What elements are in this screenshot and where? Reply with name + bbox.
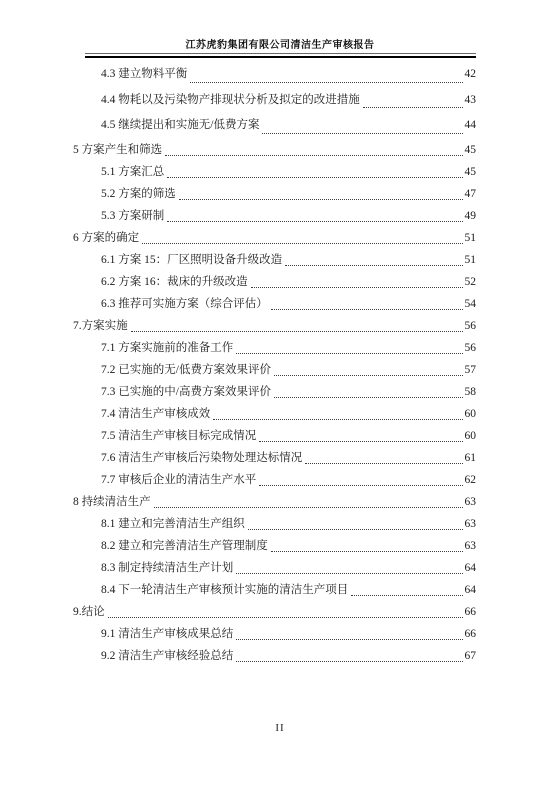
toc-entry-page: 52 [465,271,477,293]
toc-entry-page: 64 [465,579,477,601]
toc-dot-leader [167,221,462,222]
toc-dot-leader [236,353,462,354]
toc-entry: 4.4 物耗以及污染物产排现状分析及拟定的改进措施 43 [73,88,476,114]
toc-entry: 5 方案产生和筛选 45 [73,139,476,161]
toc-dot-leader [259,441,462,442]
page-footer: II [0,722,560,734]
toc-entry-label: 8.1 建立和完善清洁生产组织 [101,513,245,535]
toc-entry-page: 60 [465,425,477,447]
toc-entry: 8 持续清洁生产 63 [73,491,476,513]
toc-entry-page: 67 [465,645,477,667]
toc-entry: 7.7 审核后企业的清洁生产水平 62 [73,469,476,491]
toc-entry-label: 7.方案实施 [73,315,128,337]
toc-entry: 9.2 清洁生产审核经验总结 67 [73,645,476,667]
toc-entry-label: 6 方案的确定 [73,227,139,249]
toc-dot-leader [179,199,463,200]
toc-dot-leader [274,375,463,376]
toc-entry-page: 63 [465,513,477,535]
toc-entry-label: 4.5 继续提出和实施无/低费方案 [101,113,259,139]
toc-dot-leader [142,243,462,244]
toc-dot-leader [236,639,462,640]
toc-entry-label: 5.2 方案的筛选 [101,183,176,205]
toc-entry-label: 5 方案产生和筛选 [73,139,162,161]
toc-entry-page: 44 [465,113,477,139]
toc-dot-leader [190,82,462,83]
toc-dot-leader [154,507,463,508]
toc-entry-page: 66 [465,601,477,623]
document-page: 江苏虎豹集团有限公司清洁生产审核报告 4.3 建立物料平衡 42 4.4 物耗以… [0,0,560,792]
toc-entry-page: 66 [465,623,477,645]
toc-entry-page: 58 [465,381,477,403]
toc-dot-leader [351,595,462,596]
header-title: 江苏虎豹集团有限公司清洁生产审核报告 [0,36,560,51]
toc-dot-leader [285,265,462,266]
toc-entry-label: 6.1 方案 15：厂区照明设备升级改造 [101,249,282,271]
toc-entry-page: 61 [465,447,477,469]
toc-entry-label: 6.2 方案 16：裁床的升级改造 [101,271,248,293]
toc-dot-leader [213,419,462,420]
toc-entry: 5.1 方案汇总 45 [73,161,476,183]
toc-entry-page: 54 [465,293,477,315]
toc-list: 4.3 建立物料平衡 42 4.4 物耗以及污染物产排现状分析及拟定的改进措施 … [73,62,476,667]
toc-entry-label: 7.5 清洁生产审核目标完成情况 [101,425,256,447]
toc-entry-page: 42 [465,62,477,88]
toc-entry-label: 7.7 审核后企业的清洁生产水平 [101,469,256,491]
toc-entry-page: 63 [465,491,477,513]
toc-dot-leader [236,661,462,662]
toc-entry-page: 49 [465,205,477,227]
toc-entry: 8.3 制定持续清洁生产计划 64 [73,557,476,579]
toc-entry-label: 6.3 推荐可实施方案（综合评估） [101,293,268,315]
toc-entry: 8.4 下一轮清洁生产审核预计实施的清洁生产项目 64 [73,579,476,601]
toc-dot-leader [131,331,463,332]
toc-dot-leader [271,551,463,552]
toc-entry-label: 9.结论 [73,601,105,623]
toc-entry-label: 9.1 清洁生产审核成果总结 [101,623,233,645]
toc-entry: 4.5 继续提出和实施无/低费方案 44 [73,113,476,139]
toc-entry: 7.1 方案实施前的准备工作 56 [73,337,476,359]
toc-entry-page: 45 [465,139,477,161]
toc-entry-label: 7.3 已实施的中/高费方案效果评价 [101,381,271,403]
toc-entry: 6.3 推荐可实施方案（综合评估） 54 [73,293,476,315]
toc-entry: 9.1 清洁生产审核成果总结 66 [73,623,476,645]
toc-dot-leader [248,529,463,530]
toc-entry-page: 43 [465,88,477,114]
toc-entry: 7.3 已实施的中/高费方案效果评价 58 [73,381,476,403]
toc-entry-page: 56 [465,337,477,359]
toc-dot-leader [236,573,462,574]
toc-entry-page: 60 [465,403,477,425]
toc-entry: 8.2 建立和完善清洁生产管理制度 63 [73,535,476,557]
toc-entry: 7.6 清洁生产审核后污染物处理达标情况 61 [73,447,476,469]
toc-entry-label: 8 持续清洁生产 [73,491,151,513]
toc-dot-leader [274,397,463,398]
toc-entry-label: 8.2 建立和完善清洁生产管理制度 [101,535,268,557]
toc-entry-label: 7.2 已实施的无/低费方案效果评价 [101,359,271,381]
toc-entry-page: 51 [465,249,477,271]
toc-entry: 6 方案的确定 51 [73,227,476,249]
toc-entry-label: 4.4 物耗以及污染物产排现状分析及拟定的改进措施 [101,88,360,114]
toc-entry-label: 8.3 制定持续清洁生产计划 [101,557,233,579]
toc-entry-page: 57 [465,359,477,381]
toc-dot-leader [108,617,463,618]
toc-entry-page: 47 [465,183,477,205]
toc-entry-label: 4.3 建立物料平衡 [101,62,187,88]
toc-dot-leader [259,485,462,486]
toc-entry-label: 7.1 方案实施前的准备工作 [101,337,233,359]
toc-entry: 7.方案实施 56 [73,315,476,337]
toc-dot-leader [363,107,463,108]
toc-entry: 6.1 方案 15：厂区照明设备升级改造 51 [73,249,476,271]
toc-entry: 6.2 方案 16：裁床的升级改造 52 [73,271,476,293]
toc-entry: 5.2 方案的筛选 47 [73,183,476,205]
toc-dot-leader [262,133,462,134]
header-rule [85,53,476,58]
toc-entry-label: 8.4 下一轮清洁生产审核预计实施的清洁生产项目 [101,579,348,601]
toc-entry: 8.1 建立和完善清洁生产组织 63 [73,513,476,535]
toc-entry-label: 5.1 方案汇总 [101,161,164,183]
toc-entry: 7.4 清洁生产审核成效 60 [73,403,476,425]
toc-dot-leader [165,155,462,156]
toc-entry-label: 9.2 清洁生产审核经验总结 [101,645,233,667]
toc-entry-label: 7.6 清洁生产审核后污染物处理达标情况 [101,447,302,469]
toc-entry: 5.3 方案研制 49 [73,205,476,227]
toc-dot-leader [305,463,462,464]
toc-entry-page: 64 [465,557,477,579]
toc-entry-page: 51 [465,227,477,249]
toc-entry-page: 63 [465,535,477,557]
toc-entry: 4.3 建立物料平衡 42 [73,62,476,88]
toc-entry: 7.2 已实施的无/低费方案效果评价 57 [73,359,476,381]
toc-dot-leader [251,287,463,288]
toc-dot-leader [271,309,463,310]
toc-entry-label: 5.3 方案研制 [101,205,164,227]
toc-entry-label: 7.4 清洁生产审核成效 [101,403,210,425]
toc-entry: 7.5 清洁生产审核目标完成情况 60 [73,425,476,447]
toc-entry-page: 62 [465,469,477,491]
page-number: II [275,722,284,734]
toc-entry-page: 56 [465,315,477,337]
toc-entry-page: 45 [465,161,477,183]
toc-dot-leader [167,177,462,178]
toc-entry: 9.结论 66 [73,601,476,623]
